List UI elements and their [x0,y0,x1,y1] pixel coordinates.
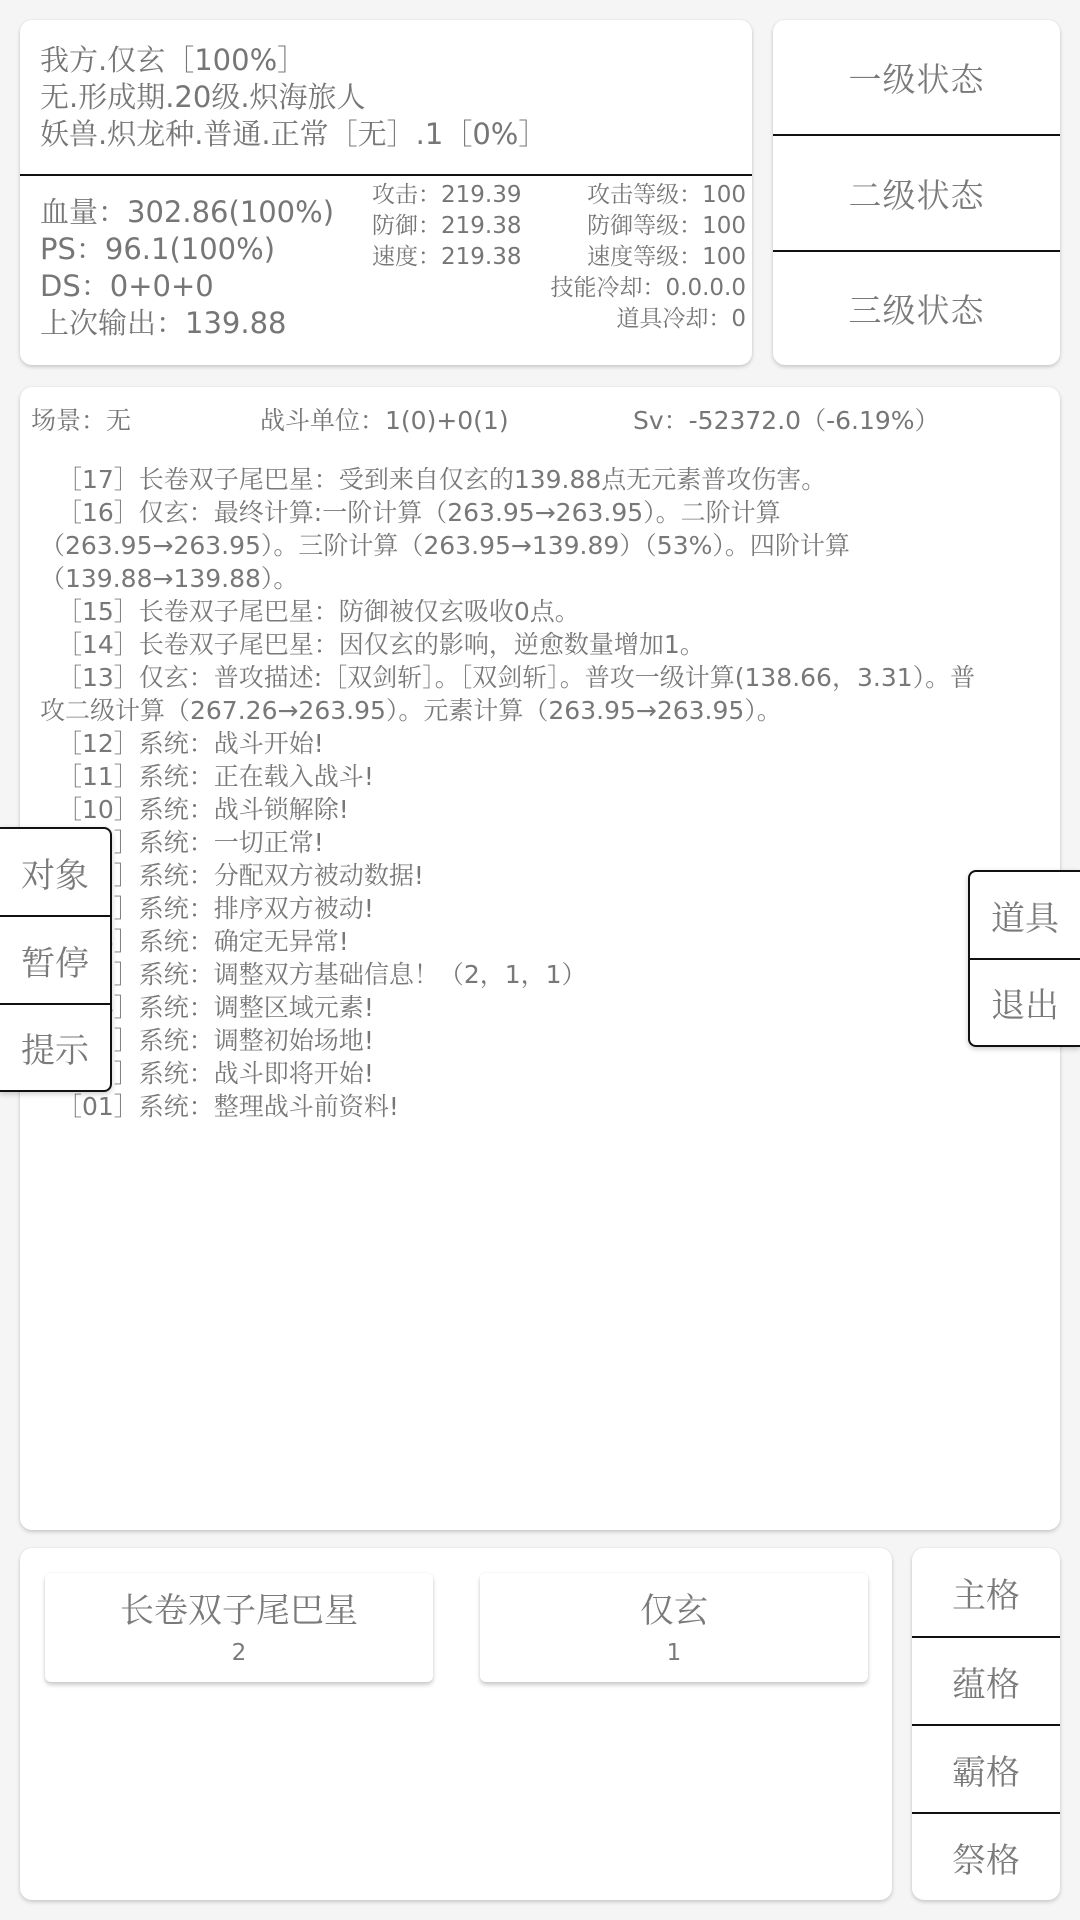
ds-value: DS：0+0+0 [40,268,334,305]
class-tab-ba[interactable]: 霸格 [912,1726,1060,1812]
character-name-line: 我方.仅玄［100%］ [40,42,547,79]
log-entry: ［08］系统：分配双方被动数据! [40,859,980,892]
log-entry: ［14］长卷双子尾巴星：因仅玄的影响，逆愈数量增加1。 [40,628,980,661]
battle-log-header: 场景：无 战斗单位：1(0)+0(1) Sv：-52372.0（-6.19%） [31,401,1060,437]
hint-button[interactable]: 提示 [0,1005,110,1090]
log-entry: ［10］系统：战斗锁解除! [40,793,980,826]
log-entry: ［16］仅玄：最终计算:一阶计算（263.95→263.95）。二阶计算（263… [40,496,980,595]
battle-log-panel[interactable]: 场景：无 战斗单位：1(0)+0(1) Sv：-52372.0（-6.19%） … [20,387,1060,1530]
speed-level: 速度等级：100 [551,242,746,273]
exit-button[interactable]: 退出 [970,960,1080,1045]
target-button[interactable]: 对象 [0,829,110,915]
log-entry: ［12］系统：战斗开始! [40,727,980,760]
log-entry: ［03］系统：调整初始场地! [40,1024,980,1057]
log-entry: ［15］长卷双子尾巴星：防御被仅玄吸收0点。 [40,595,980,628]
class-tab-main[interactable]: 主格 [912,1548,1060,1636]
pause-button[interactable]: 暂停 [0,917,110,1003]
log-entry: ［06］系统：确定无异常! [40,925,980,958]
log-entry: ［01］系统：整理战斗前资料! [40,1090,980,1123]
left-action-panel: 对象 暂停 提示 [0,827,112,1092]
status-level-3-button[interactable]: 三级状态 [773,252,1060,365]
character-info-card: 我方.仅玄［100%］ 无.形成期.20级.炽海旅人 妖兽.炽龙种.普通.正常［… [20,20,752,365]
defense-level: 防御等级：100 [551,211,746,242]
log-entry: ［02］系统：战斗即将开始! [40,1057,980,1090]
info-divider [20,174,752,176]
team-count: 2 [45,1640,433,1666]
character-race-line: 妖兽.炽龙种.普通.正常［无］.1［0%］ [40,116,547,153]
class-tab-ji[interactable]: 祭格 [912,1814,1060,1900]
team-name: 长卷双子尾巴星 [45,1583,433,1632]
vitals: 血量：302.86(100%) PS：96.1(100%) DS：0+0+0 上… [40,194,334,342]
log-entry: ［05］系统：调整双方基础信息！（2，1，1） [40,958,980,991]
status-level-1-button[interactable]: 一级状态 [773,20,1060,134]
log-entry: ［17］长卷双子尾巴星：受到来自仅玄的139.88点无元素普攻伤害。 [40,463,980,496]
attack-value: 攻击：219.39 [372,180,521,211]
item-cooldown: 道具冷却：0 [551,304,746,335]
team-panel: 长卷双子尾巴星 2 仅玄 1 [20,1548,892,1900]
items-button[interactable]: 道具 [970,872,1080,958]
class-tab-yun[interactable]: 蕴格 [912,1638,1060,1724]
attack-level: 攻击等级：100 [551,180,746,211]
log-entry: ［13］仅玄：普攻描述:［双剑斩］。［双剑斩］。普攻一级计算(138.66，3.… [40,661,980,727]
character-stage-line: 无.形成期.20级.炽海旅人 [40,79,547,116]
log-entry: ［09］系统：一切正常! [40,826,980,859]
hp-value: 血量：302.86(100%) [40,194,334,231]
battle-units-label: 战斗单位：1(0)+0(1) [260,401,509,437]
status-level-2-button[interactable]: 二级状态 [773,136,1060,250]
last-output-value: 上次输出：139.88 [40,305,334,342]
defense-value: 防御：219.38 [372,211,521,242]
log-entry: ［04］系统：调整区域元素! [40,991,980,1024]
team-name: 仅玄 [480,1583,868,1632]
class-tab-panel: 主格 蕴格 霸格 祭格 [912,1548,1060,1900]
speed-value: 速度：219.38 [372,242,521,273]
status-level-panel: 一级状态 二级状态 三级状态 [773,20,1060,365]
team-count: 1 [480,1640,868,1666]
team-card-enemy[interactable]: 长卷双子尾巴星 2 [45,1573,433,1682]
combat-stats: 攻击：219.39 防御：219.38 速度：219.38 [372,180,521,273]
skill-cooldown: 技能冷却：0.0.0.0 [551,273,746,304]
team-card-ally[interactable]: 仅玄 1 [480,1573,868,1682]
log-entry: ［07］系统：排序双方被动! [40,892,980,925]
character-header: 我方.仅玄［100%］ 无.形成期.20级.炽海旅人 妖兽.炽龙种.普通.正常［… [40,42,547,153]
ps-value: PS：96.1(100%) [40,231,334,268]
stat-levels: 攻击等级：100 防御等级：100 速度等级：100 技能冷却：0.0.0.0 … [551,180,746,335]
sv-label: Sv：-52372.0（-6.19%） [633,401,940,437]
scene-label: 场景：无 [31,401,131,437]
right-action-panel: 道具 退出 [968,870,1080,1047]
battle-log-list: ［17］长卷双子尾巴星：受到来自仅玄的139.88点无元素普攻伤害。 ［16］仅… [40,463,980,1123]
log-entry: ［11］系统：正在载入战斗! [40,760,980,793]
